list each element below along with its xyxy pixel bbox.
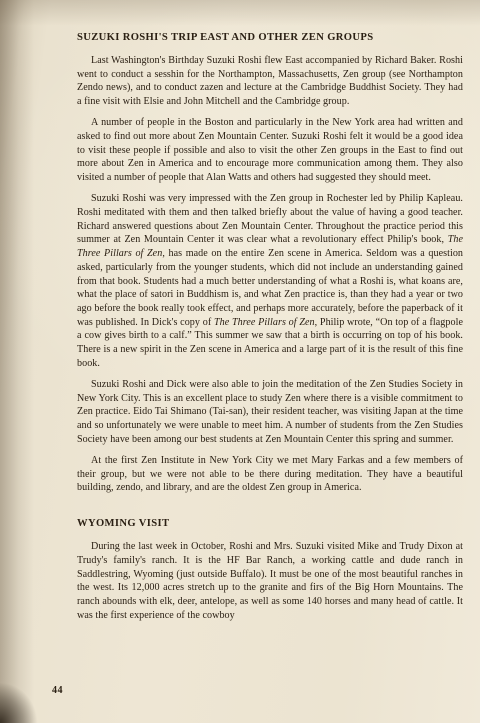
paragraph-rochester: Suzuki Roshi was very impressed with the… (77, 192, 463, 370)
scan-edge-shadow (0, 0, 34, 723)
paragraph-wyoming: During the last week in October, Roshi a… (77, 540, 463, 622)
paragraph-zen-institute: At the first Zen Institute in New York C… (77, 454, 463, 495)
scanned-book-page: SUZUKI ROSHI'S TRIP EAST AND OTHER ZEN G… (0, 0, 480, 723)
paragraph-trip-east-2: A number of people in the Boston and par… (77, 116, 463, 185)
section-heading-zen-groups: SUZUKI ROSHI'S TRIP EAST AND OTHER ZEN G… (77, 31, 463, 45)
section-heading-wyoming: WYOMING VISIT (77, 517, 463, 531)
page-text-block: SUZUKI ROSHI'S TRIP EAST AND OTHER ZEN G… (77, 31, 463, 630)
paragraph-zen-studies-society: Suzuki Roshi and Dick were also able to … (77, 378, 463, 447)
page-number: 44 (52, 685, 63, 696)
paragraph-trip-east-1: Last Washington's Birthday Suzuki Roshi … (77, 54, 463, 109)
